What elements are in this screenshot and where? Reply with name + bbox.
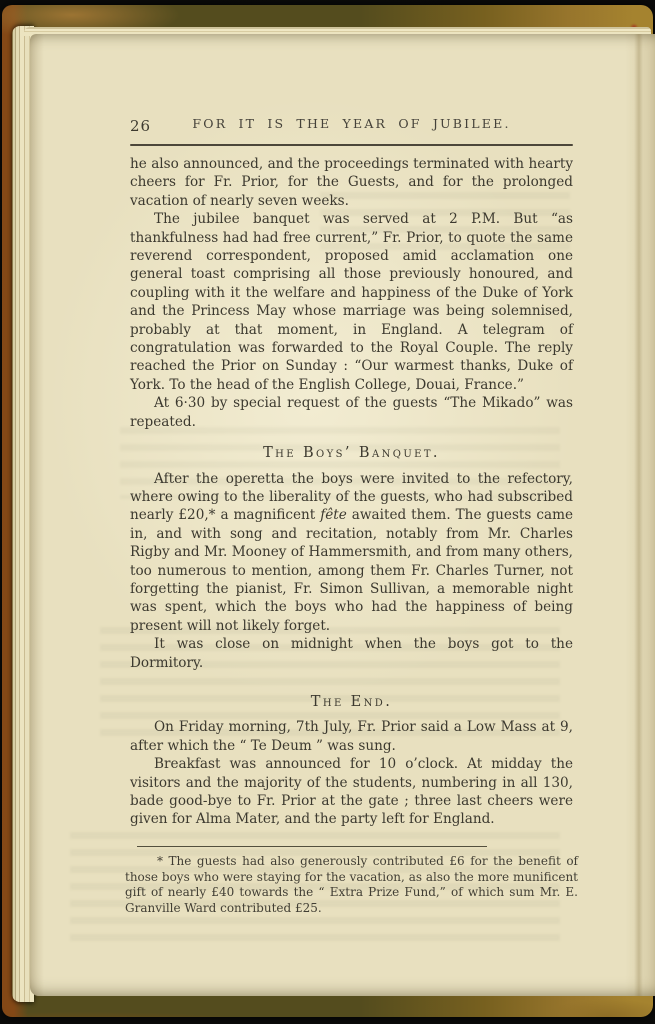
paragraph: Breakfast was announced for 10 o’clock. … bbox=[130, 755, 573, 829]
paragraph: he also announced, and the proceedings t… bbox=[130, 155, 573, 210]
photo-background: 26 FOR IT IS THE YEAR OF JUBILEE. he als… bbox=[0, 0, 655, 1024]
page-header: 26 FOR IT IS THE YEAR OF JUBILEE. bbox=[130, 116, 573, 131]
page-body-text: he also announced, and the proceedings t… bbox=[130, 155, 573, 916]
paragraph: It was close on midnight when the boys g… bbox=[130, 635, 573, 672]
section-heading-the-end: The End. bbox=[130, 693, 573, 711]
header-rule bbox=[130, 144, 573, 146]
paragraph: At 6·30 by special request of the guests… bbox=[130, 394, 573, 431]
italic-word-fete: fête bbox=[320, 507, 347, 523]
book-page: 26 FOR IT IS THE YEAR OF JUBILEE. he als… bbox=[30, 34, 655, 996]
paragraph: The jubilee banquet was served at 2 P.M.… bbox=[130, 210, 573, 394]
footnote-rule bbox=[137, 846, 487, 848]
paragraph: After the operetta the boys were invited… bbox=[130, 470, 573, 636]
footnote: * The guests had also generously contrib… bbox=[125, 846, 578, 917]
footnote-text: * The guests had also generously contrib… bbox=[125, 854, 578, 916]
paragraph-text-segment: awaited them. The guests came in, and wi… bbox=[130, 507, 573, 633]
section-heading-boys-banquet: The Boys’ Banquet. bbox=[130, 444, 573, 462]
paragraph: On Friday morning, 7th July, Fr. Prior s… bbox=[130, 718, 573, 755]
running-header: FOR IT IS THE YEAR OF JUBILEE. bbox=[130, 116, 573, 131]
page-number: 26 bbox=[130, 117, 151, 135]
gutter-crease bbox=[634, 34, 643, 996]
